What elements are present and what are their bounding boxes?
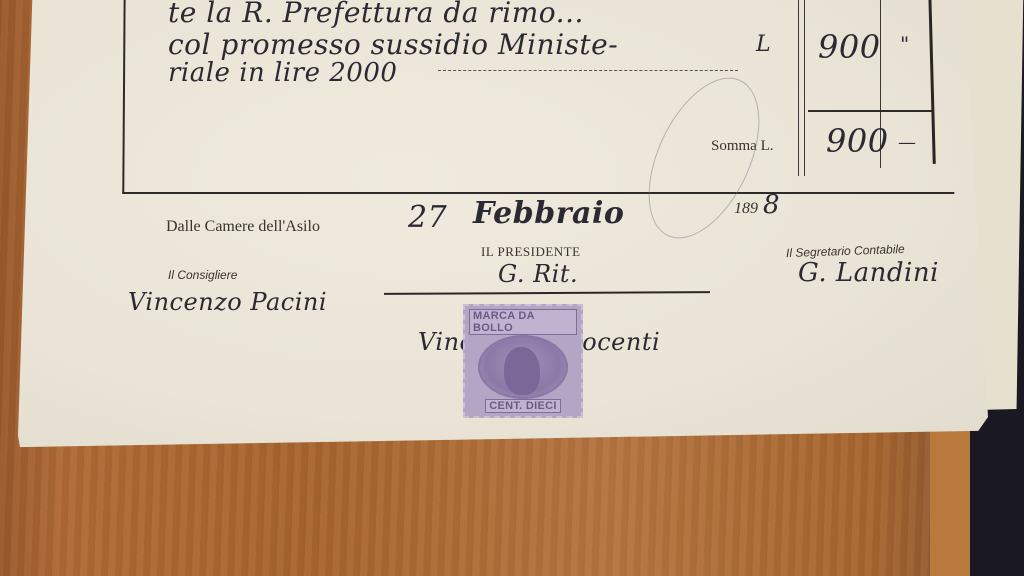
president-signature-line [384,291,710,295]
date-year-printed: 189 [734,200,758,218]
sum-value: 900 [826,122,889,160]
sum-cents: — [898,132,917,153]
line-amount-cents: " [900,32,910,56]
table-column-divider [804,0,805,176]
councillor-signature: Vincenzo Pacini [128,288,327,316]
body-line-3: riale in lire 2000 [168,58,397,88]
place-label: Dalle Camere dell'Asilo [166,218,320,236]
stamp-portrait-oval [478,335,568,399]
councillor-label: Il Consigliere [168,268,237,282]
currency-marker: L [756,32,771,57]
sum-separator [808,110,933,112]
stamp-bottom-text: CENT. DIECI [485,399,560,413]
table-column-divider [798,0,799,176]
body-line-1: te la R. Prefettura da rimo... [168,0,584,29]
stamp-top-text: MARCA DA BOLLO [469,309,577,335]
line-amount: 900 [818,28,881,66]
president-label: IL PRESIDENTE [481,244,581,260]
date-day: 27 [408,200,447,235]
date-month: Febbraio [473,196,624,231]
fill-dash-line [438,70,738,71]
body-line-2: col promesso sussidio Ministe- [168,28,618,61]
secretary-signature: G. Landini [798,258,939,288]
president-signature: G. Rit. [498,260,578,288]
stamp-portrait [504,347,540,395]
wooden-table-edge [930,430,970,576]
revenue-stamp: MARCA DA BOLLO CENT. DIECI [463,304,583,418]
date-year-hand: 8 [763,190,780,220]
